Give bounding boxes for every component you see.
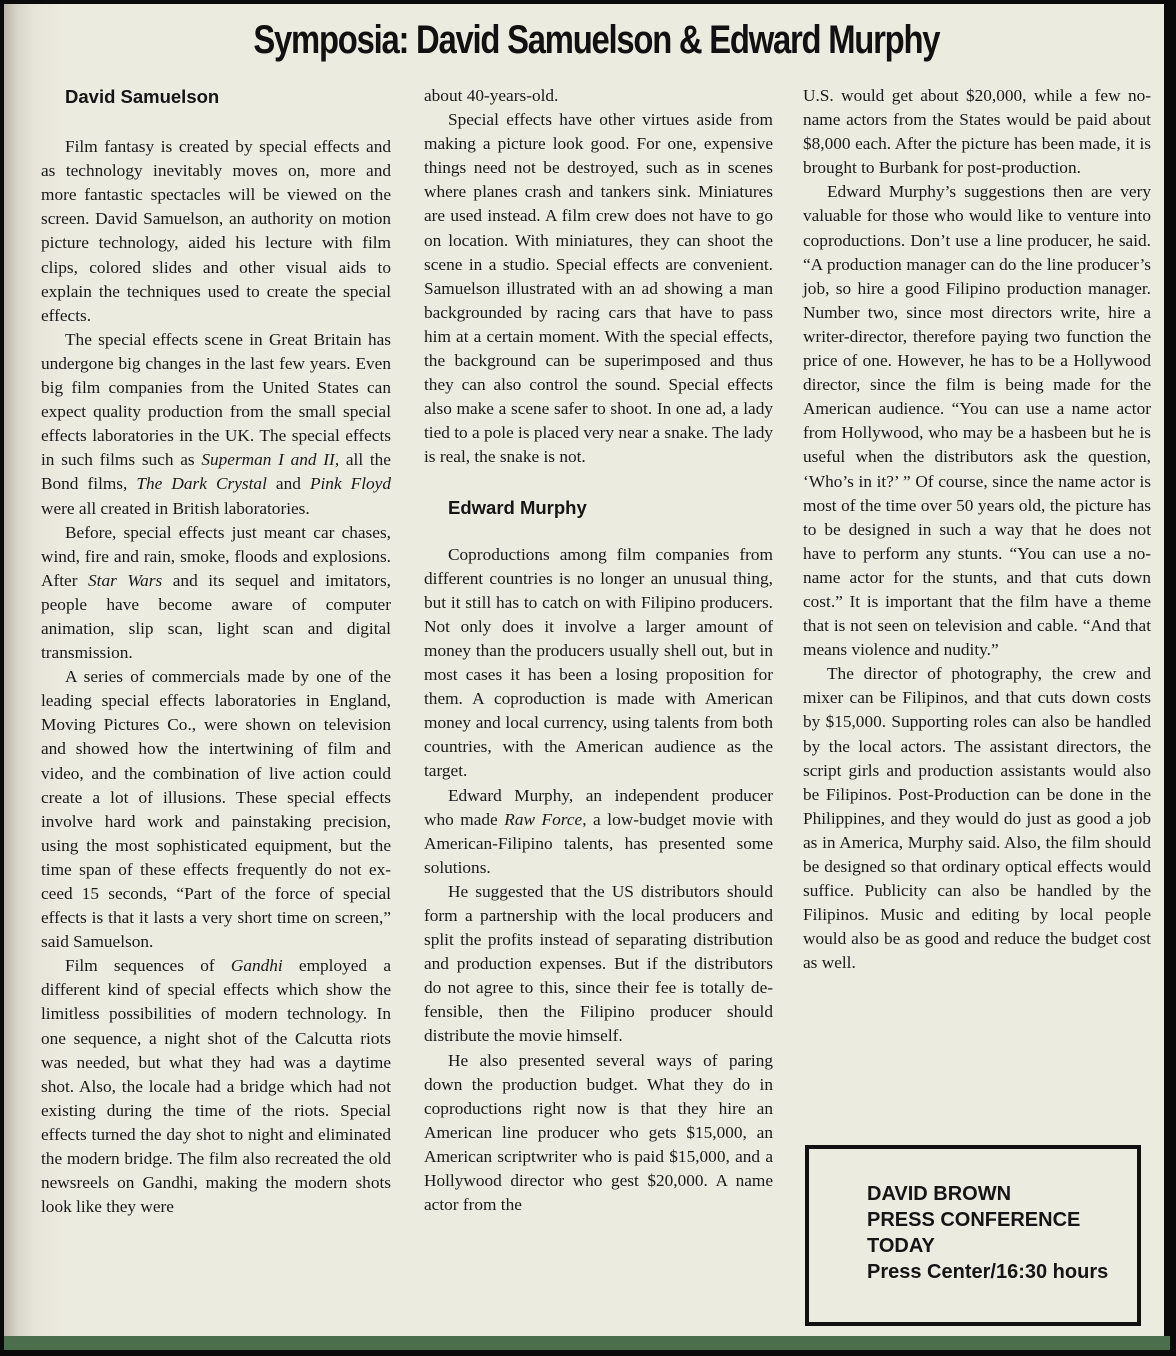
film-title: Pink Floyd bbox=[310, 474, 391, 493]
notice-line-location-time: Press Center/16:30 hours bbox=[867, 1259, 1108, 1285]
paragraph: A series of commercials made by one of t… bbox=[41, 665, 391, 954]
paragraph: The director of photography, the crew an… bbox=[803, 662, 1151, 975]
bottom-green-bar bbox=[4, 1336, 1170, 1350]
paragraph: He suggested that the US distributors sh… bbox=[424, 880, 773, 1049]
notice-line-day: TODAY bbox=[867, 1233, 1108, 1259]
notice-line-event: PRESS CONFERENCE bbox=[867, 1207, 1108, 1233]
text: The special effects scene in Great Bri­t… bbox=[41, 330, 391, 469]
paragraph: Edward Murphy’s suggestions then are ver… bbox=[803, 180, 1151, 662]
paragraph: Special effects have other virtues aside… bbox=[424, 108, 773, 469]
column-1: David Samuelson Film fantasy is created … bbox=[41, 84, 391, 1219]
magazine-page: Symposia: David Samuelson & Edward Murph… bbox=[4, 4, 1170, 1336]
film-title: Gandhi bbox=[231, 956, 283, 975]
press-conference-notice-box: DAVID BROWN PRESS CONFERENCE TODAY Press… bbox=[805, 1145, 1141, 1326]
paragraph: Edward Murphy, an independent produ­cer … bbox=[424, 784, 773, 880]
section-heading-murphy: Edward Murphy bbox=[424, 496, 773, 520]
paragraph: Film sequences of Gandhi employed a diff… bbox=[41, 954, 391, 1219]
paragraph: The special effects scene in Great Bri­t… bbox=[41, 328, 391, 521]
column-3: U.S. would get about $20,000, while a fe… bbox=[803, 84, 1151, 975]
paragraph: Coproductions among film companies from … bbox=[424, 543, 773, 784]
paragraph-continuation: about 40-years-old. bbox=[424, 84, 773, 108]
film-title: Star Wars bbox=[88, 571, 162, 590]
text: employed a different kind of special eff… bbox=[41, 956, 391, 1216]
film-title: The Dark Crystal bbox=[136, 474, 266, 493]
paragraph-continuation: U.S. would get about $20,000, while a fe… bbox=[803, 84, 1151, 180]
notice-line-name: DAVID BROWN bbox=[867, 1181, 1108, 1207]
film-title: Superman I and II bbox=[201, 450, 334, 469]
paragraph: He also presented several ways of paring… bbox=[424, 1049, 773, 1218]
paragraph: Film fantasy is created by special ef­fe… bbox=[41, 135, 391, 328]
text: were all created in British labora­torie… bbox=[41, 499, 310, 518]
paragraph: Before, special effects just meant car c… bbox=[41, 521, 391, 666]
column-2: about 40-years-old. Special effects have… bbox=[424, 84, 773, 1217]
section-heading-samuelson: David Samuelson bbox=[41, 85, 391, 109]
notice-text: DAVID BROWN PRESS CONFERENCE TODAY Press… bbox=[867, 1181, 1108, 1285]
article-title: Symposia: David Samuelson & Edward Murph… bbox=[114, 18, 1078, 63]
text: Film sequences of bbox=[65, 956, 231, 975]
text: and bbox=[267, 474, 310, 493]
scan-edge-border bbox=[1164, 4, 1170, 1336]
film-title: Raw Force bbox=[504, 810, 582, 829]
